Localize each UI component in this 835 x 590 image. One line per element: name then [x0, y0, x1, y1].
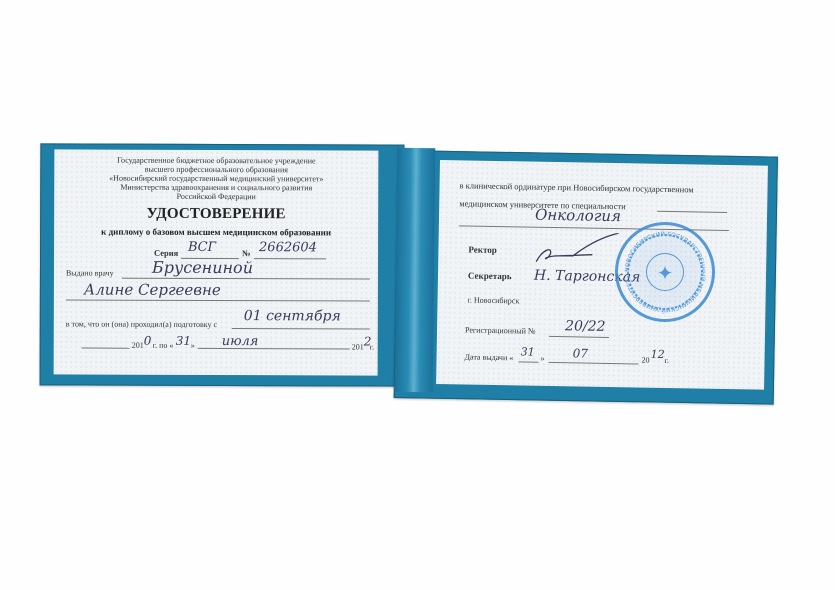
issue-day: 31 [521, 345, 535, 358]
start-year-digit: 0 [144, 334, 152, 348]
specialty: Онкология [535, 206, 621, 225]
city: г. Новосибирск [467, 296, 519, 306]
eagle-emblem-icon: ✦ [618, 261, 712, 286]
header-line-5: Российской Федерации [54, 191, 378, 201]
issue-month: 07 [573, 346, 589, 360]
number-label: № [242, 248, 251, 258]
end-year-suffix: г. [370, 343, 374, 352]
start-date: 01 сентября [244, 308, 341, 324]
year-suffix-g: г. по « [153, 341, 174, 350]
document-subtitle: к диплому о базовом высшем медицинском о… [54, 226, 378, 237]
end-day: 31 [176, 334, 191, 348]
end-quote-close: » [191, 341, 195, 350]
issued-label: Выдано врачу [66, 268, 114, 277]
start-year-prefix: 201 [132, 341, 144, 350]
document-title: УДОСТОВЕРЕНИЕ [54, 205, 378, 223]
issue-year-digit: 12 [651, 348, 665, 361]
series-value: ВСГ [188, 240, 216, 255]
registration-number: 20/22 [565, 318, 606, 335]
issue-date-label: Дата выдачи « [464, 352, 513, 362]
left-page: Государственное бюджетное образовательно… [54, 149, 379, 375]
spine [395, 148, 436, 392]
number-value: 2662604 [259, 240, 317, 255]
series-label: Серия [154, 248, 178, 258]
issue-year-prefix: 20 [641, 356, 649, 365]
end-year-prefix: 201 [352, 342, 364, 351]
secretary-label: Секретарь [468, 271, 512, 282]
issue-quote-close: » [540, 354, 544, 363]
rector-label: Ректор [468, 245, 497, 255]
right-page: в клинической ординатуре при Новосибирск… [436, 160, 768, 390]
issue-year-suffix: г. [664, 356, 669, 365]
surname: Брусениной [152, 258, 253, 277]
given-names: Алине Сергеевне [84, 281, 221, 299]
university-stamp: НОВОСИБИРСКИЙ ГОСУДАРСТВЕННЫЙ МЕДИЦИНСКИ… [615, 222, 715, 322]
ordinature-line-1: в клинической ординатуре при Новосибирск… [459, 180, 693, 194]
registration-label: Регистрационный № [465, 325, 536, 335]
training-label: в том, что он (она) проходил(а) подготов… [66, 319, 217, 329]
end-month: июля [222, 334, 259, 349]
